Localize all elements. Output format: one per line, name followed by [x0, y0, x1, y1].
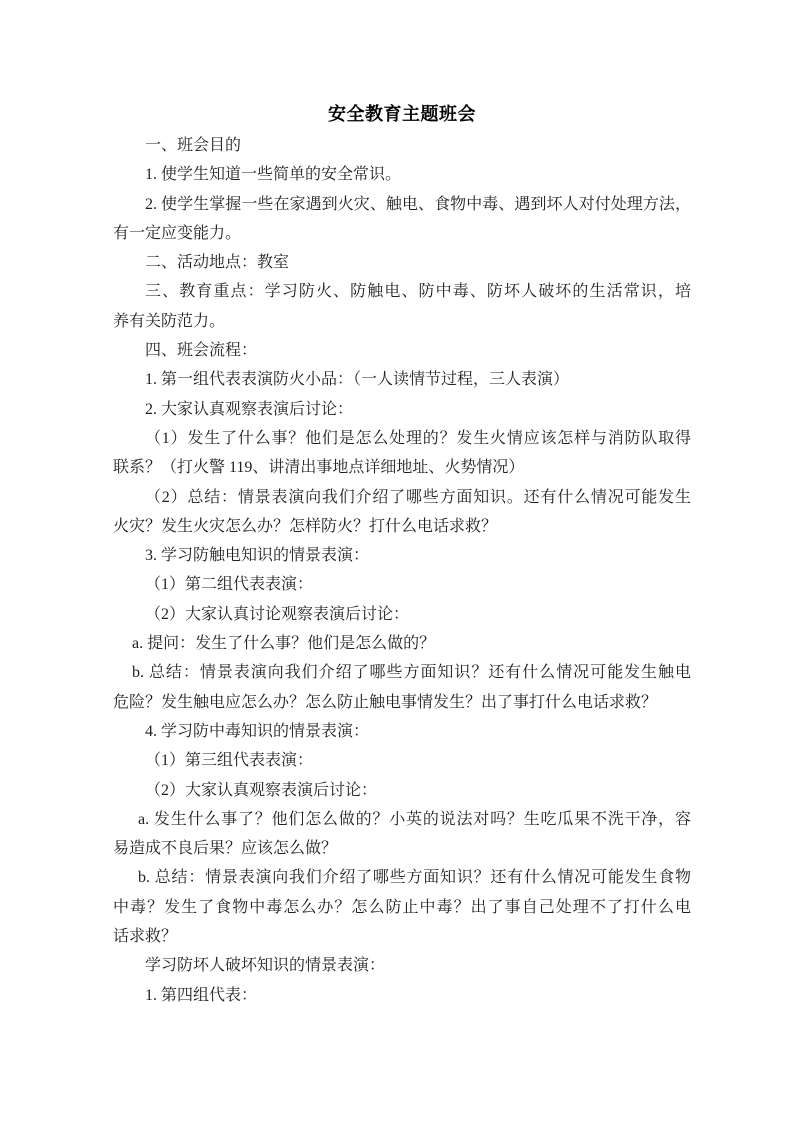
text-line: 三、教育重点：学习防火、防触电、防中毒、防坏人破坏的生活常识，培 [113, 277, 691, 306]
text-line: 学习防坏人破坏知识的情景表演： [113, 951, 691, 980]
text-line: 四、班会流程： [113, 336, 691, 365]
text-line: 1. 使学生知道一些简单的安全常识。 [113, 160, 691, 189]
text-line: 危险？发生触电应怎么办？怎么防止触电事情发生？出了事打什么电话求救？ [113, 688, 691, 717]
text-line: 一、班会目的 [113, 131, 691, 160]
text-line: （1）发生了什么事？他们是怎么处理的？发生火情应该怎样与消防队取得 [113, 424, 691, 453]
document-body: 一、班会目的 1. 使学生知道一些简单的安全常识。 2. 使学生掌握一些在家遇到… [113, 131, 691, 1010]
text-line: （2）大家认真讨论观察表演后讨论： [113, 600, 691, 629]
text-line: 中毒？发生了食物中毒怎么办？怎么防止中毒？出了事自己处理不了打什么电 [113, 893, 691, 922]
text-line: 养有关防范力。 [113, 307, 691, 336]
text-line: 火灾？发生火灾怎么办？怎样防火？打什么电话求救？ [113, 512, 691, 541]
text-line: （1）第三组代表表演： [113, 746, 691, 775]
text-line: 4. 学习防中毒知识的情景表演： [113, 717, 691, 746]
text-line: （1）第二组代表表演： [113, 570, 691, 599]
text-line: 有一定应变能力。 [113, 219, 691, 248]
text-line: 1. 第一组代表表演防火小品：（一人读情节过程，三人表演） [113, 365, 691, 394]
text-line: a. 提问：发生了什么事？他们是怎么做的？ [113, 629, 691, 658]
text-line: 二、活动地点：教室 [113, 248, 691, 277]
text-line: 联系？（打火警 119、讲清出事地点详细地址、火势情况） [113, 453, 691, 482]
text-line: （2）大家认真观察表演后讨论： [113, 776, 691, 805]
text-line: b. 总结：情景表演向我们介绍了哪些方面知识？还有什么情况可能发生触电 [113, 658, 691, 687]
document-page: 安全教育主题班会 一、班会目的 1. 使学生知道一些简单的安全常识。 2. 使学… [0, 0, 793, 1122]
text-line: b. 总结：情景表演向我们介绍了哪些方面知识？还有什么情况可能发生食物 [113, 863, 691, 892]
text-line: 1. 第四组代表： [113, 981, 691, 1010]
text-line: 3. 学习防触电知识的情景表演： [113, 541, 691, 570]
text-line: 话求救？ [113, 922, 691, 951]
text-line: 2. 使学生掌握一些在家遇到火灾、触电、食物中毒、遇到坏人对付处理方法， [113, 190, 691, 219]
text-line: 2. 大家认真观察表演后讨论： [113, 395, 691, 424]
text-line: 易造成不良后果？应该怎么做？ [113, 834, 691, 863]
document-title: 安全教育主题班会 [113, 100, 691, 129]
text-line: （2）总结：情景表演向我们介绍了哪些方面知识。还有什么情况可能发生 [113, 483, 691, 512]
text-line: a. 发生什么事了？他们怎么做的？小英的说法对吗？生吃瓜果不洗干净，容 [113, 805, 691, 834]
